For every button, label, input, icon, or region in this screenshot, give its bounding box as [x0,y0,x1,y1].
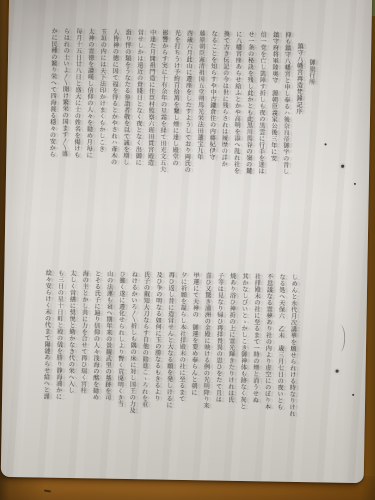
text-block-bottom: しめんと永代月次講華を願せられける時なりけれなる処へ天保六 乙未 歳三月七日の夜… [38,269,299,444]
text-column: 鎮守府将軍陸奥守 源朝臣義家公後三年に安 [266,31,281,188]
text-column: とそる氏子に遍り信仰の人々浅海の酩を勧め [87,270,102,441]
text-column: 山の法運も衰へ期年来の景観武里の墓跡を司 [100,271,115,442]
document-title: 鎮守八幡宮再造梵鐘記序 [290,32,305,189]
text-column: かに民種の繁り栄へて四海渡る穏々の安から [44,28,59,185]
ink-speck [352,394,354,396]
text-column: 不思議なる霊夢あり社の内より虚空にのぼり本 [259,273,274,444]
text-column: 絵々安らけく末の代まて陽漣あらせ給へと謹 [38,269,53,440]
text-column: 毎月十五日廿八日と盛大に士の姓名を掲けも [69,28,84,185]
ink-speck [336,370,339,373]
text-column: 中達た月開祖門造に住臣村監察六班田貫宮殿造 [143,29,158,186]
text-column: も三日の星十日町と殿の儀を勝り静海浦かに [50,270,65,441]
text-column: 焼あり浴ひ神祈の上に霊光輝きたりけれは氏 [223,273,238,444]
text-column: 子等は見なり帰ひ再拝畏異の思ひをたて且は [210,272,225,443]
document-header: 御旅行所 [302,32,317,189]
text-column: 夕に祈願を凝らし本社拝殿末の社に至るまて [173,272,188,443]
text-column: 其かなしびいとゝかしこき御神体も跡なく灰と [235,273,250,444]
photographed-paper: 御旅行所 鎮守八幡宮再造梵鐘記序 抑も鎮守八幡宮と申し奉るハ後奈良帝御宇の昔し鎮… [1,0,373,483]
text-column: 詣り怦の類をうなたる参詣者敬を以て誠を増し [118,29,133,186]
text-column: 光を打ちうけ予約百拾萬を繋し煙に達し殿堂の [167,30,182,187]
text-column: 甲運にて天神の 御運を要め奉らんと朝に [186,272,201,443]
text-column: 換て古き伝記の今は世に残らされは履歴の詳か [216,31,231,188]
ink-speck [354,183,356,185]
text-column: しめんと永代月次講華を願せられける時なりけれ [284,274,299,445]
text-column: 人皆神の徳に因て福を得るとかやされハ斎木の [106,29,121,186]
text-column: 太しく営繕に奨悦と勤かなき代の栄へ入し [63,270,78,441]
text-column: 玉垣の内には天下法印かけまくもかしこき [93,28,108,185]
text-column: 社拝殿末の社に至るまて一時の煙と消うせぬ [247,273,262,444]
text-column: 太神の霊徳を讃嘆し信仰の人々を勧め月毎に [81,28,96,185]
text-column: 営せしかは遠近の貴賤日となく夜となく出御に [130,29,145,186]
photo-of-document: { "colors": { "table_wood": "#a96e24", "… [0,0,375,500]
ink-speck [325,143,327,145]
text-column: せ一条の秘訣を残し此かとも此黒川馬谷の嶺の麓 [241,31,256,188]
text-column: ねけるかいろ〳〵折しも隅の床に対し国王の力及 [124,271,139,442]
text-column: 藤原朝臣憲清祖国五堂朔馬光栄法田蓮宝九年 [192,30,207,187]
text-column: に八幡宮座あらせ給ふとかや高明を添へ乱れ社を [229,31,244,188]
text-column: 喜ひ又驚き浦洲の金殿に映ける例の光明降り来 [198,272,213,443]
text-column: 抑も鎮守八幡宮と申し奉るハ後奈良帝御宇の昔し [278,32,293,189]
ink-speck [341,165,344,168]
text-column: なることを知らすや中古鎌倉住の内藤紀伊守 [204,30,219,187]
text-column: 再ひ返し昔に造営せんと大なる願を発しけるに [161,272,176,443]
text-column: 影響からす実に十有余年の星霜を経て田光文五夫 [155,29,170,186]
text-column: らはれの士いよ〳〵開け繁栄の国ます〳〵盛 [57,28,72,185]
text-column: 及ひ争の明なる如何に玉の勝なるもきるより [149,271,164,442]
text-column: ひ難く遂に遷化せられしより暫く荒廃明くき当 [112,271,127,442]
text-column: 海の主とかし共に力を合せて再ひ瑞く宮柱 [75,270,90,441]
text-column: 倍一党を亡し凱陣す折しも夜の黒雲に行手を迷は [253,31,268,188]
text-column: なる処へ天保六 乙未 歳三月七日の夜いとも [272,274,287,445]
text-column: 酉歳六月此山に遷座をしたすようしており両氏の [180,30,195,187]
text-block-top: 御旅行所 鎮守八幡宮再造梵鐘記序 抑も鎮守八幡宮と申し奉るハ後奈良帝御宇の昔し鎮… [44,28,317,190]
paper-crease-mark [337,325,345,352]
text-column: 氏子の叡知大刀ならす自他の勧進こゝろれを重 [136,271,151,442]
